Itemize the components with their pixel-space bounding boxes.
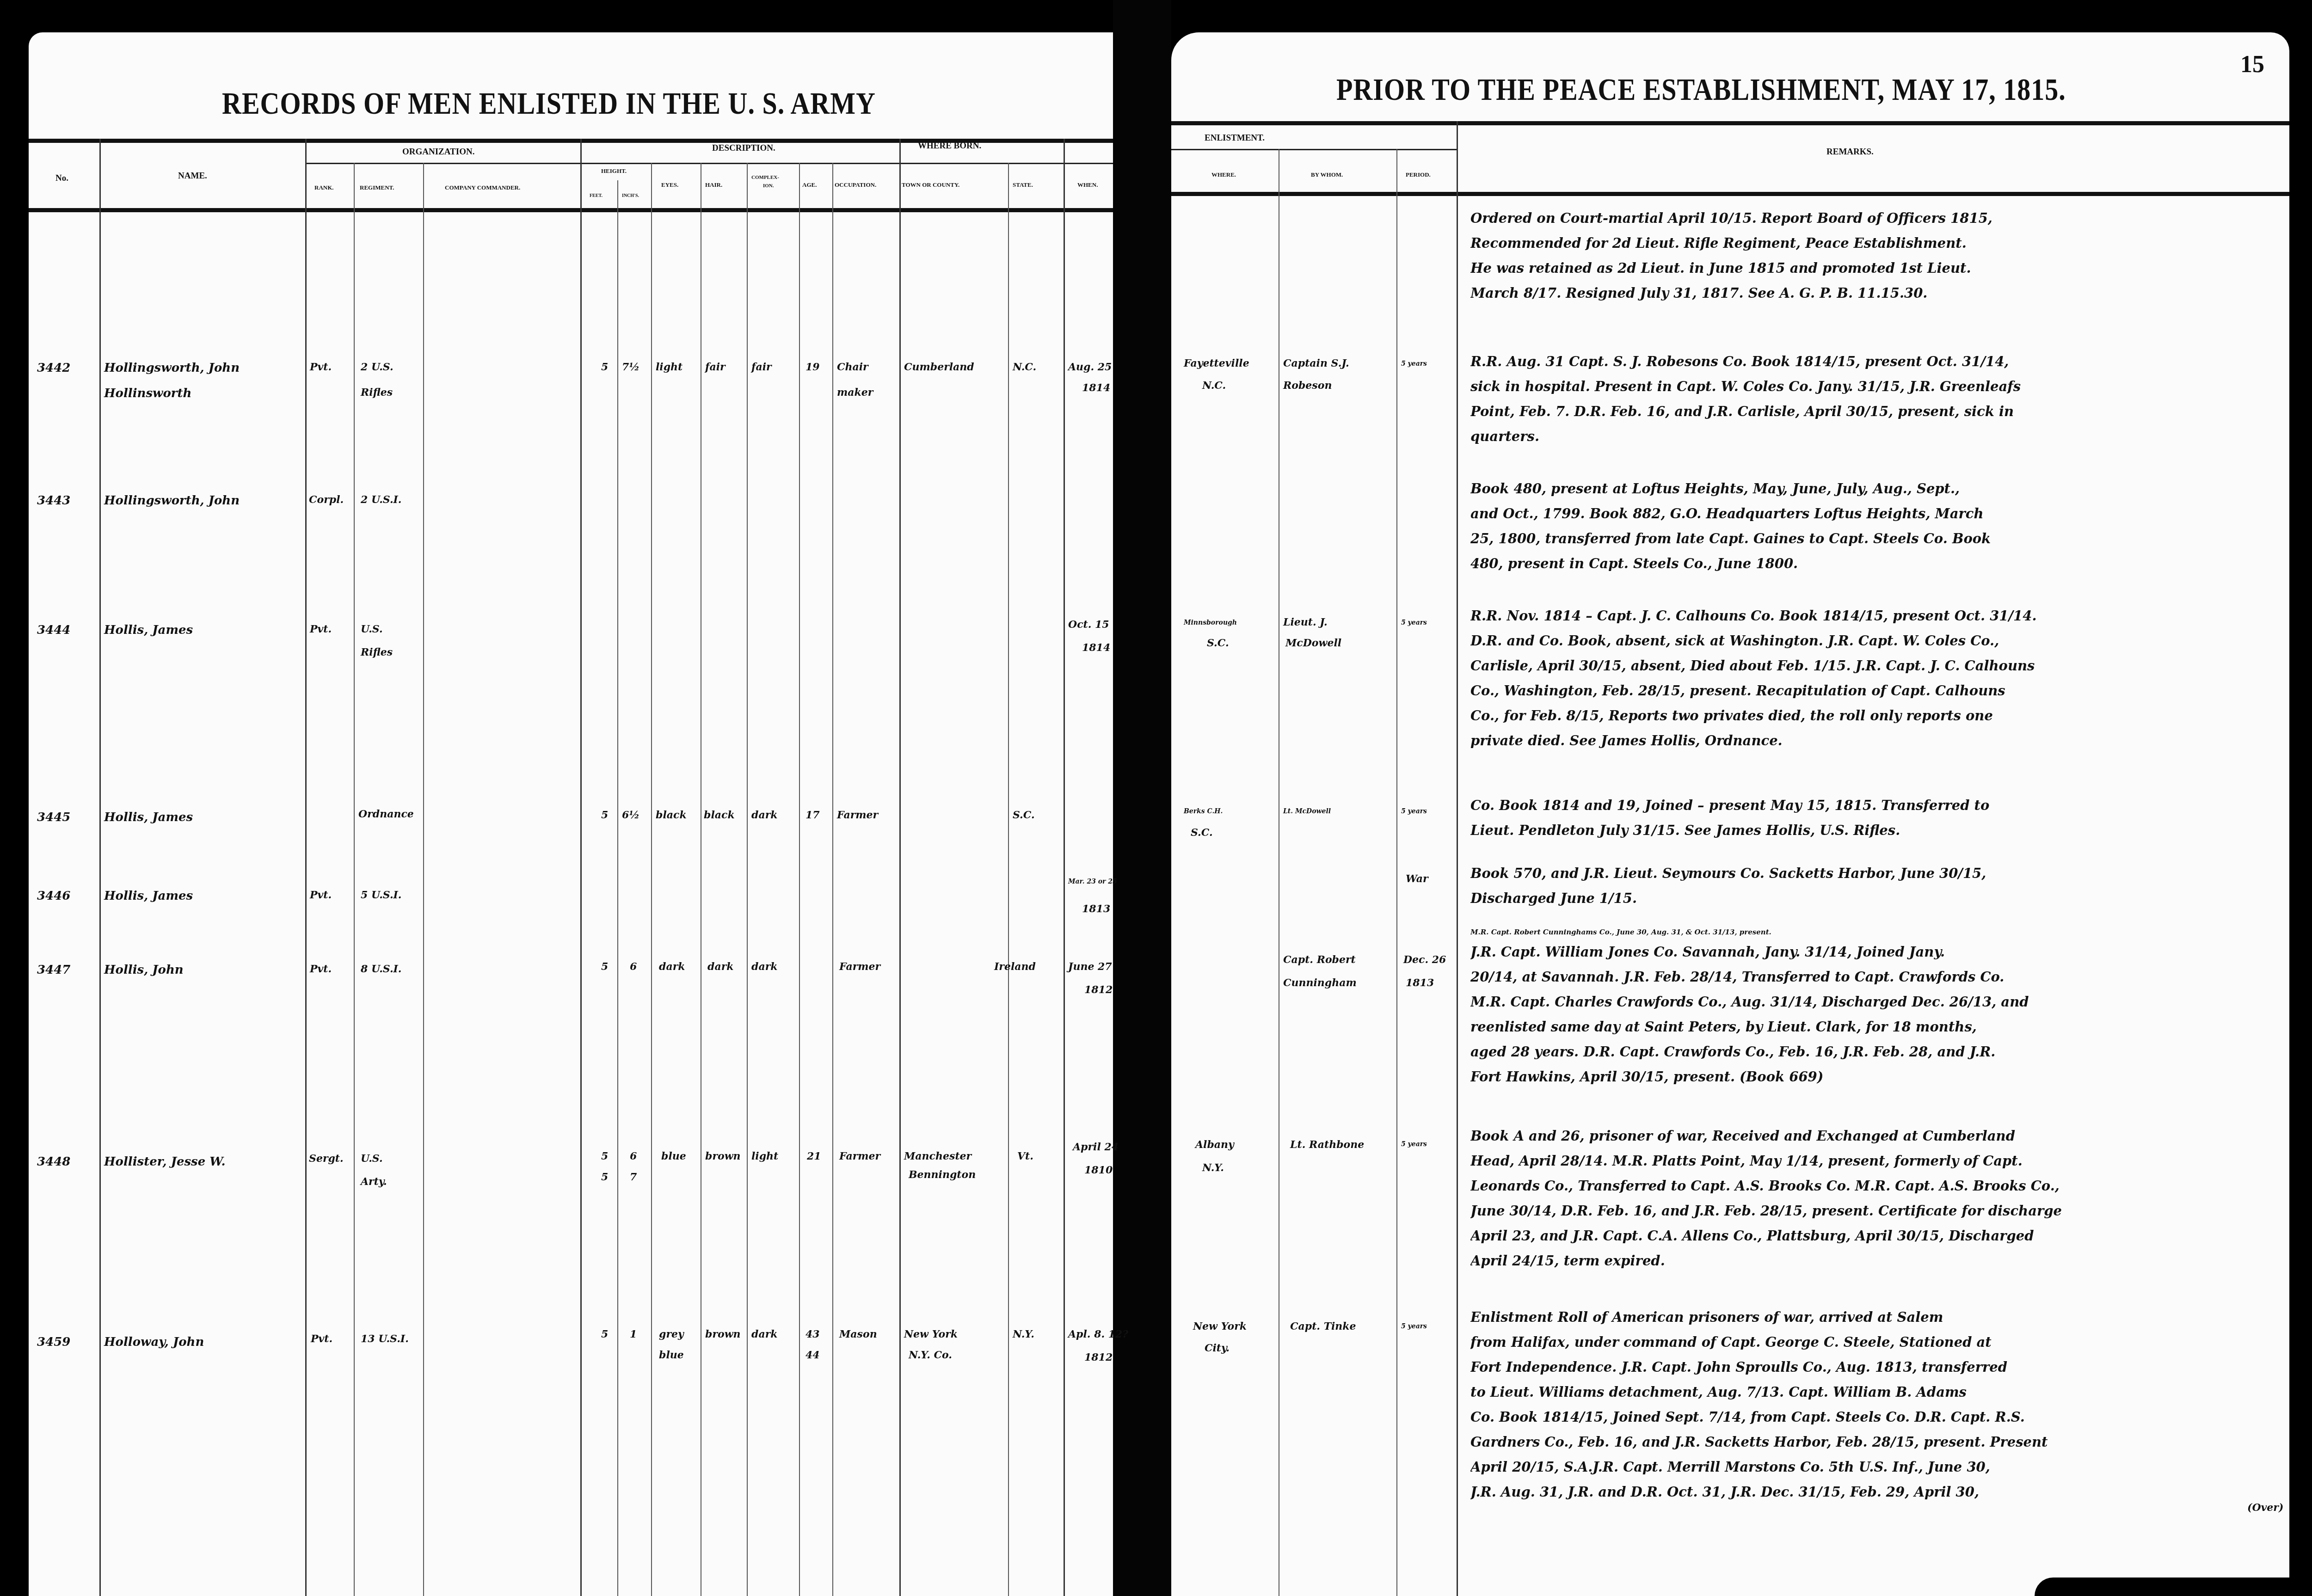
header-town-or-county: TOWN OR COUNTY. [902, 181, 959, 189]
record-eyes-2: blue [659, 1350, 684, 1360]
record-remarks-over: (Over) [2247, 1503, 2283, 1513]
record-no: 3445 [37, 811, 70, 823]
record-period: War [1406, 874, 1428, 884]
record-regiment: U.S. [361, 1154, 383, 1164]
record-period: 5 years [1401, 1323, 1427, 1330]
header-name: NAME. [178, 171, 207, 181]
record-occupation: Farmer [837, 810, 878, 820]
record-town-2: N.Y. Co. [909, 1350, 952, 1360]
record-when: June 27 [1068, 962, 1112, 972]
record-enl-where-2: N.Y. [1202, 1163, 1224, 1173]
header-feet: FEET. [590, 193, 603, 198]
left-page-title: RECORDS OF MEN ENLISTED IN THE U. S. ARM… [222, 86, 876, 121]
col-divider-state [1064, 139, 1065, 1596]
record-no: 3443 [37, 495, 70, 507]
record-name: Hollis, John [104, 964, 184, 976]
record-occupation: Mason [839, 1329, 877, 1339]
record-rank: Pvt. [311, 1334, 332, 1344]
record-state: S.C. [1013, 810, 1035, 820]
record-when-2: 1814 [1082, 383, 1110, 393]
record-town: Cumberland [904, 362, 974, 372]
record-regiment: 5 U.S.I. [361, 890, 402, 900]
header-group-rule [305, 163, 1113, 164]
col-divider-feet [617, 180, 618, 1596]
record-regiment-2: Rifles [361, 387, 393, 398]
record-complexion: light [751, 1151, 778, 1161]
book-gutter [1113, 0, 1171, 1596]
record-by-whom: Lieut. J. [1283, 617, 1328, 627]
header-by-whom: BY WHOM. [1311, 171, 1343, 178]
record-enl-where: Fayetteville [1184, 358, 1249, 368]
record-occupation-2: maker [837, 387, 873, 398]
header-company-commander: COMPANY COMMANDER. [445, 184, 520, 191]
record-period: 5 years [1401, 1141, 1427, 1148]
header-bottom-rule [29, 208, 1113, 212]
record-eyes: grey [659, 1329, 684, 1339]
col-divider-commander [580, 139, 582, 1596]
record-enl-where-2: City. [1205, 1343, 1230, 1353]
record-enl-where-2: S.C. [1207, 638, 1229, 648]
record-period: 5 years [1401, 361, 1427, 367]
record-occupation: Farmer [839, 962, 880, 972]
record-enl-where: New York [1193, 1321, 1247, 1332]
record-no: 3444 [37, 624, 70, 636]
header-age: AGE. [802, 181, 817, 189]
record-feet: 5 [601, 962, 608, 972]
record-period: 5 years [1401, 808, 1427, 815]
record-regiment: 13 U.S.I. [361, 1334, 409, 1344]
record-by-whom: Lt. McDowell [1283, 808, 1331, 815]
col-divider-hair [747, 163, 748, 1596]
header-where-born: WHERE BORN. [918, 141, 981, 151]
record-name: Hollingsworth, John [104, 362, 240, 374]
record-hair: dark [707, 962, 733, 972]
col-divider-regiment [423, 163, 424, 1596]
record-rank: Pvt. [310, 362, 332, 372]
header-enl-where: WHERE. [1211, 171, 1236, 178]
record-state: N.Y. [1013, 1329, 1034, 1339]
header-when: WHEN. [1077, 181, 1098, 189]
record-regiment: 8 U.S.I. [361, 964, 402, 974]
record-when: Mar. 23 or 25 [1068, 878, 1117, 885]
col-divider-rank [354, 163, 355, 1596]
record-enl-where: Albany [1195, 1140, 1234, 1150]
record-when-2: 1814 [1082, 643, 1110, 653]
record-age: 17 [806, 810, 820, 820]
record-enl-where: Minnsborough [1184, 620, 1237, 626]
record-inches: 6 [630, 962, 637, 972]
record-when: April 24 [1073, 1142, 1119, 1152]
record-remarks: Book 480, present at Loftus Heights, May… [1470, 476, 2284, 576]
record-complexion: dark [751, 1329, 777, 1339]
record-by-whom-2: Cunningham [1283, 978, 1357, 988]
record-no: 3447 [37, 964, 70, 976]
record-inches: 6½ [622, 810, 639, 820]
record-period: 5 years [1401, 620, 1427, 626]
record-regiment-2: Arty. [361, 1177, 387, 1187]
record-name: Hollingsworth, John [104, 495, 240, 507]
col-divider-eyes [701, 163, 701, 1596]
record-rank: Pvt. [310, 890, 332, 900]
record-by-whom: Lt. Rathbone [1290, 1140, 1364, 1150]
col-divider-enl-where [1279, 149, 1279, 1596]
right-page-title: PRIOR TO THE PEACE ESTABLISHMENT, MAY 17… [1336, 72, 2066, 107]
record-regiment: Ordnance [358, 809, 414, 819]
right-header-top-rule [1171, 121, 2289, 125]
record-hair: black [704, 810, 735, 820]
record-rank: Sergt. [309, 1154, 344, 1164]
header-hair: HAIR. [705, 181, 722, 189]
record-name: Hollis, James [104, 890, 193, 902]
record-regiment: U.S. [361, 624, 383, 634]
record-period: Dec. 26 [1403, 955, 1446, 965]
record-when-2: 1813 [1082, 904, 1110, 914]
header-occupation: OCCUPATION. [835, 181, 876, 189]
record-when: Apl. 8. 12? [1068, 1329, 1128, 1339]
record-name: Holloway, John [104, 1336, 204, 1348]
col-divider-complexion [799, 163, 800, 1596]
record-hair: brown [705, 1329, 741, 1339]
page-number: 15 [2240, 51, 2264, 78]
record-rank: Pvt. [310, 624, 332, 634]
record-inches: 7½ [622, 362, 639, 372]
record-name: Hollis, James [104, 624, 193, 636]
record-regiment: 2 U.S. [361, 362, 394, 372]
record-rank: Pvt. [310, 964, 332, 974]
record-state: Ireland [994, 962, 1036, 972]
header-organization: ORGANIZATION. [402, 147, 474, 157]
record-when: Aug. 25 [1068, 362, 1112, 372]
record-remarks: M.R. Capt. Robert Cunninghams Co., June … [1470, 925, 2284, 1089]
header-height: HEIGHT. [601, 167, 627, 175]
col-divider-age [832, 163, 833, 1596]
header-regiment: REGIMENT. [360, 184, 394, 191]
record-feet: 5 [601, 362, 608, 372]
record-inches: 6 [630, 1151, 637, 1161]
col-divider-town [1008, 163, 1009, 1596]
header-remarks: REMARKS. [1826, 147, 1874, 157]
record-by-whom: Captain S.J. [1283, 358, 1349, 368]
record-regiment: 2 U.S.I. [361, 495, 402, 505]
header-complexion-2: ION. [763, 183, 774, 189]
record-period-2: 1813 [1406, 978, 1434, 988]
record-when-2: 1812 [1084, 985, 1113, 995]
record-by-whom: Capt. Robert [1283, 955, 1356, 965]
record-no: 3448 [37, 1156, 70, 1168]
record-by-whom-2: Robeson [1283, 381, 1332, 391]
record-eyes: black [656, 810, 687, 820]
col-divider-occupation [899, 139, 901, 1596]
record-age-2: 44 [806, 1350, 820, 1360]
header-eyes: EYES. [661, 181, 678, 189]
record-name: Hollis, James [104, 811, 193, 823]
record-no: 3442 [37, 362, 70, 374]
record-no: 3446 [37, 890, 70, 902]
record-by-whom: Capt. Tinke [1290, 1321, 1356, 1332]
header-no: No. [55, 173, 68, 184]
record-when-2: 1810 [1084, 1165, 1113, 1175]
header-state: STATE. [1013, 181, 1033, 189]
record-state: Vt. [1017, 1151, 1033, 1161]
col-divider-inches [651, 163, 652, 1596]
record-remarks: Co. Book 1814 and 19, Joined – present M… [1470, 793, 2284, 843]
record-remarks: R.R. Aug. 31 Capt. S. J. Robesons Co. Bo… [1470, 349, 2284, 449]
record-hair: fair [705, 362, 726, 372]
record-town: Manchester [904, 1151, 972, 1161]
record-occupation: Chair [837, 362, 868, 372]
header-complexion-1: COMPLEX- [751, 175, 779, 180]
record-feet: 5 [601, 1151, 608, 1161]
header-period: PERIOD. [1406, 171, 1431, 178]
header-enlistment: ENLISTMENT. [1205, 133, 1265, 143]
page-edge-shadow [2035, 1578, 2312, 1596]
record-rank: Corpl. [309, 495, 344, 505]
record-occupation: Farmer [839, 1151, 880, 1161]
record-enl-where-2: N.C. [1202, 381, 1226, 391]
record-when-2: 1812 [1084, 1352, 1113, 1363]
col-divider-no [99, 139, 101, 1596]
record-enl-where: Berks C.H. [1184, 808, 1223, 815]
record-age: 43 [806, 1329, 820, 1339]
record-state: N.C. [1013, 362, 1036, 372]
record-enl-where-2: S.C. [1191, 828, 1213, 838]
record-remarks: Book 570, and J.R. Lieut. Seymours Co. S… [1470, 861, 2284, 911]
record-remarks: Ordered on Court-martial April 10/15. Re… [1470, 206, 2284, 306]
record-when: Oct. 15 [1068, 620, 1109, 630]
record-remarks: Book A and 26, prisoner of war, Received… [1470, 1123, 2284, 1273]
record-complexion: dark [751, 962, 777, 972]
header-inches: INCH'S. [622, 193, 639, 198]
record-town-2: Bennington [909, 1170, 976, 1180]
record-feet: 5 [601, 1329, 608, 1339]
record-no: 3459 [37, 1336, 70, 1348]
record-name: Hollister, Jesse W. [104, 1156, 226, 1168]
record-eyes: blue [661, 1151, 686, 1161]
col-divider-name [305, 139, 307, 1596]
record-remarks: R.R. Nov. 1814 – Capt. J. C. Calhouns Co… [1470, 603, 2284, 753]
record-feet: 5 [601, 810, 608, 820]
record-inches-2: 7 [630, 1172, 637, 1182]
record-complexion: fair [751, 362, 772, 372]
record-by-whom-2: McDowell [1285, 638, 1341, 648]
header-rank: RANK. [314, 184, 334, 191]
record-eyes: light [656, 362, 683, 372]
right-header-bottom-rule [1171, 192, 2289, 196]
record-regiment-2: Rifles [361, 647, 393, 657]
record-inches: 1 [630, 1329, 637, 1339]
col-divider-period [1457, 121, 1458, 1596]
record-hair: brown [705, 1151, 741, 1161]
record-age: 21 [807, 1151, 821, 1161]
record-feet-2: 5 [601, 1172, 608, 1182]
enlistment-group-rule [1171, 149, 1458, 150]
record-age: 19 [806, 362, 820, 372]
record-remarks: Enlistment Roll of American prisoners of… [1470, 1305, 2284, 1504]
record-town: New York [904, 1329, 958, 1339]
header-description: DESCRIPTION. [712, 143, 775, 153]
record-eyes: dark [659, 962, 685, 972]
col-divider-by-whom [1396, 149, 1397, 1596]
record-name-alt: Hollinsworth [104, 387, 191, 399]
record-complexion: dark [751, 810, 777, 820]
